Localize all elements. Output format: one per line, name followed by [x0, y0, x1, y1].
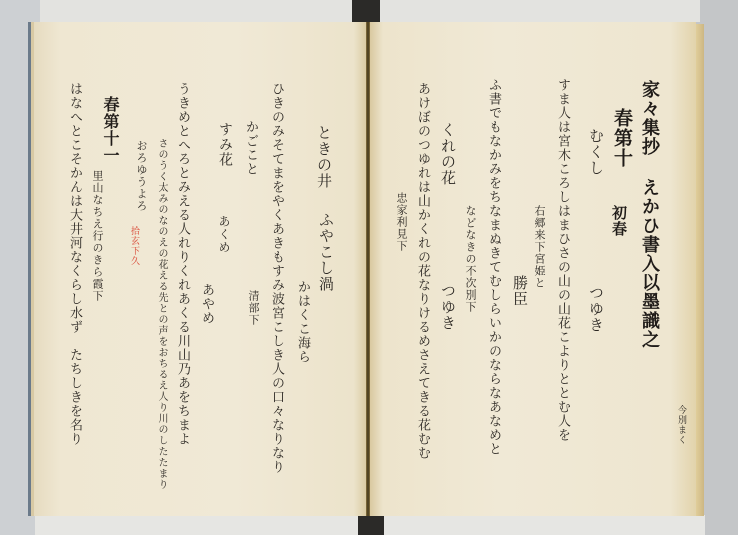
attribution: などなきの不次別下	[465, 205, 476, 313]
poem-line: はなへとこそかんは大井河なくらし水ず たちしきを名り	[68, 82, 81, 446]
page-edge-right	[696, 24, 704, 516]
side-note: 今別まく	[676, 405, 685, 445]
poem-line: うきめとへろとみえる人れりくれあくる川山乃あをちまよ	[176, 82, 189, 446]
poem-topic: 勝臣	[512, 275, 527, 307]
poem-line: あけぼのつゆれは山かくれの花なりけるめさえてきる花むむ	[416, 82, 429, 460]
poem-topic: ときの井	[316, 125, 331, 189]
poem-topic: つゆき	[440, 283, 455, 331]
spine-top	[352, 0, 380, 22]
attribution: 里山なちえ行のきら霞下	[92, 170, 103, 302]
poem-line: あくめ	[218, 215, 230, 254]
red-annotation: 拾玄下久	[129, 226, 138, 266]
poem-topic: くれの花	[440, 122, 455, 186]
poem-line-small: おろゆうよろ	[136, 140, 147, 212]
poem-line: ふやこし渦	[318, 212, 333, 292]
attribution: 清部下	[248, 290, 259, 326]
poem-line: ひきのみそてまをやくあきもすみ波宮こしき人の口々なりなり	[270, 82, 283, 474]
poem-topic: 初春	[611, 205, 626, 237]
attribution: 忠家利見下	[396, 192, 407, 252]
poem-line: むくし	[588, 128, 603, 176]
poem-topic: かごこと	[244, 120, 257, 176]
poem-topic: すみ花	[218, 122, 232, 167]
poem-line: すま人は宮木ころしはまひさの山の山花こよりととむ人を	[556, 78, 569, 442]
poem-line: つゆき	[588, 285, 603, 333]
spine-bottom	[358, 515, 384, 535]
poem-topic: あやめ	[200, 283, 213, 325]
attribution: 右郷来下宮姫と	[534, 205, 545, 289]
poem-line: さのうく太みのなのえの花える先との声をおちるえ人り川のしたたまり	[156, 138, 166, 490]
section-heading: 春第十一	[102, 96, 118, 164]
section-heading: 春第十	[612, 108, 631, 168]
poem-line: かはくこ海ら	[296, 280, 309, 364]
title-column: 家々集抄 えかひ書入以墨識之	[640, 80, 658, 349]
book-gutter	[366, 22, 370, 516]
poem-line: ふ書でもなかみをちなまぬきてむしらいかのならなあなめと	[487, 78, 500, 456]
